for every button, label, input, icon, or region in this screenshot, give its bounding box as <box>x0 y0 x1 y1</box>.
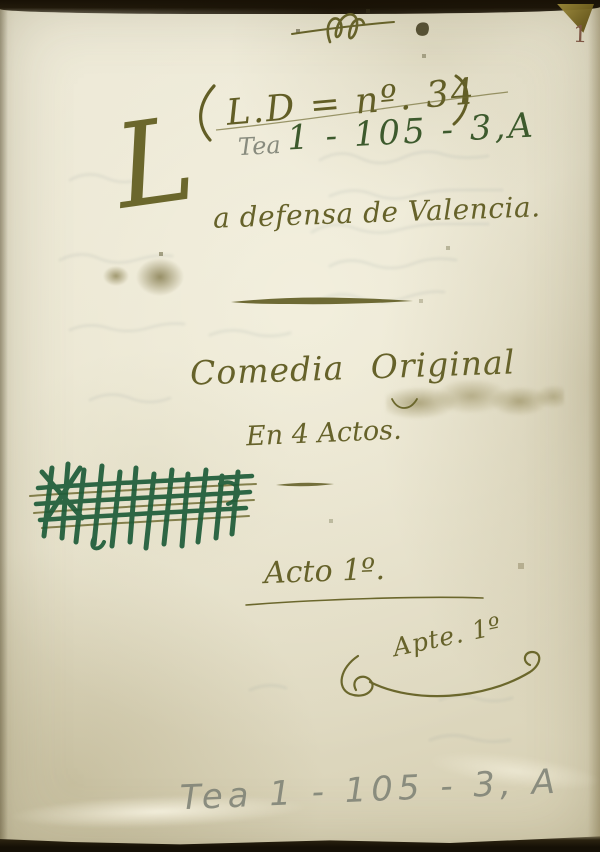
manuscript-page: 1 L.D = nº. 34 Tea 1 - 105 - 3,A L a def… <box>0 0 600 852</box>
stain <box>103 266 129 286</box>
title-initial: L <box>108 101 200 227</box>
page-left-edge <box>0 0 8 852</box>
short-divider <box>274 480 336 489</box>
shelfmark-pencil-prefix: Tea <box>237 131 281 161</box>
act-heading-underline <box>243 594 488 608</box>
ink-divider <box>229 295 415 307</box>
subtitle-flourish <box>390 396 420 414</box>
cancelled-squiggle-mark <box>288 8 398 52</box>
page-right-edge <box>588 0 600 852</box>
act-heading: Acto 1º. <box>263 552 385 591</box>
prompter-flourish <box>334 638 552 710</box>
censored-scribble <box>24 458 264 553</box>
ink-specks <box>0 0 2 2</box>
folio-number: 1 <box>573 22 589 48</box>
